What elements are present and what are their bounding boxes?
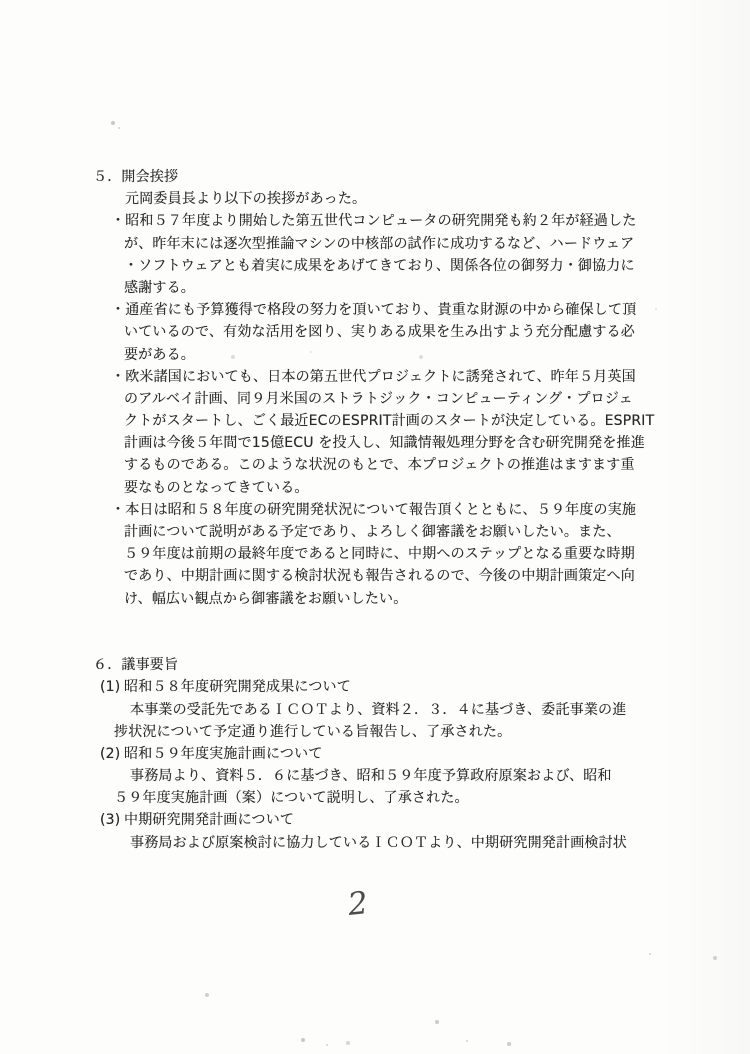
scan-noise-specks: [0, 0, 2, 2]
bullet-3-line-3: クトがスタートし、ごく最近ECのESPRIT計画のスタートが決定している。ESP…: [0, 410, 750, 432]
bullet-2-line-2: いているので、有効な活用を図り、実りある成果を生み出すよう充分配慮する必: [0, 321, 750, 343]
bullet-4-line-1: ・本日は昭和５８年度の研究開発状況について報告頂くとともに、５９年度の実施: [0, 499, 750, 521]
bullet-4-line-5: け、幅広い観点から御審議をお願いしたい。: [0, 588, 750, 610]
bullet-4-line-3: ５９年度は前期の最終年度であると同時に、中期へのステップとなる重要な時期: [0, 543, 750, 565]
section-spacer: [0, 610, 750, 654]
scanned-document-page: ５．開会挨拶 元岡委員長より以下の挨拶があった。 ・昭和５７年度より開始した第五…: [0, 0, 750, 1054]
document-body: ５．開会挨拶 元岡委員長より以下の挨拶があった。 ・昭和５７年度より開始した第五…: [0, 166, 750, 854]
bullet-1-line-2: が、昨年末には逐次型推論マシンの中核部の試作に成功するなど、ハードウェア: [0, 233, 750, 255]
agenda-item-3-label: (3): [100, 809, 124, 831]
agenda-item-1-title-line: (1)昭和５８年度研究開発成果について: [0, 676, 750, 698]
agenda-item-2-label: (2): [100, 743, 124, 765]
bullet-3-line-2: のアルベイ計画、同９月米国のストラトジック・コンピューティング・プロジェ: [0, 388, 750, 410]
bullet-3-line-5: するものである。このような状況のもとで、本プロジェクトの推進はますます重: [0, 454, 750, 476]
agenda-item-2-title: 昭和５９年度実施計画について: [124, 746, 323, 762]
bullet-4-line-4: であり、中期計画に関する検討状況も報告されるので、今後の中期計画策定へ向: [0, 565, 750, 587]
bullet-4-line-2: 計画について説明がある予定であり、よろしく御審議をお願いしたい。また、: [0, 521, 750, 543]
agenda-item-2-body-line-1: 事務局より、資料５．６に基づき、昭和５９年度予算政府原案および、昭和: [0, 765, 750, 787]
agenda-item-2-body-line-2: ５９年度実施計画（案）について説明し、了承された。: [0, 787, 750, 809]
section-5-heading: ５．開会挨拶: [0, 166, 750, 188]
bullet-1-line-1: ・昭和５７年度より開始した第五世代コンピュータの研究開発も約２年が経過した: [0, 210, 750, 232]
agenda-item-1-body-line-2: 捗状況について予定通り進行している旨報告し、了承された。: [0, 721, 750, 743]
bullet-2-line-1: ・通産省にも予算獲得で格段の努力を頂いており、貴重な財源の中から確保して頂: [0, 299, 750, 321]
agenda-item-3-title-line: (3)中期研究開発計画について: [0, 809, 750, 831]
agenda-item-3-body-line-1: 事務局および原案検討に協力しているＩＣＯＴより、中期研究開発計画検討状: [0, 832, 750, 854]
agenda-item-1-title: 昭和５８年度研究開発成果について: [124, 679, 351, 695]
agenda-item-3-title: 中期研究開発計画について: [124, 812, 294, 828]
bullet-1-line-3: ・ソフトウェアとも着実に成果をあげてきており、関係各位の御努力・御協力に: [0, 255, 750, 277]
bullet-3-line-1: ・欧米諸国においても、日本の第五世代プロジェクトに誘発されて、昨年５月英国: [0, 366, 750, 388]
agenda-item-1-body-line-1: 本事業の受託先であるＩＣＯＴより、資料２．３．４に基づき、委託事業の進: [0, 699, 750, 721]
bullet-3-line-6: 要なものとなってきている。: [0, 477, 750, 499]
section-6-heading: ６．議事要旨: [0, 654, 750, 676]
agenda-item-2-title-line: (2)昭和５９年度実施計画について: [0, 743, 750, 765]
bullet-2-line-3: 要がある。: [0, 344, 750, 366]
agenda-item-1-label: (1): [100, 676, 124, 698]
section-5-intro-line: 元岡委員長より以下の挨拶があった。: [0, 188, 750, 210]
bullet-1-line-4: 感謝する。: [0, 277, 750, 299]
bullet-3-line-4: 計画は今後５年間で15億ECU を投入し、知識情報処理分野を含む研究開発を推進: [0, 432, 750, 454]
handwritten-page-number: 2: [346, 885, 369, 923]
